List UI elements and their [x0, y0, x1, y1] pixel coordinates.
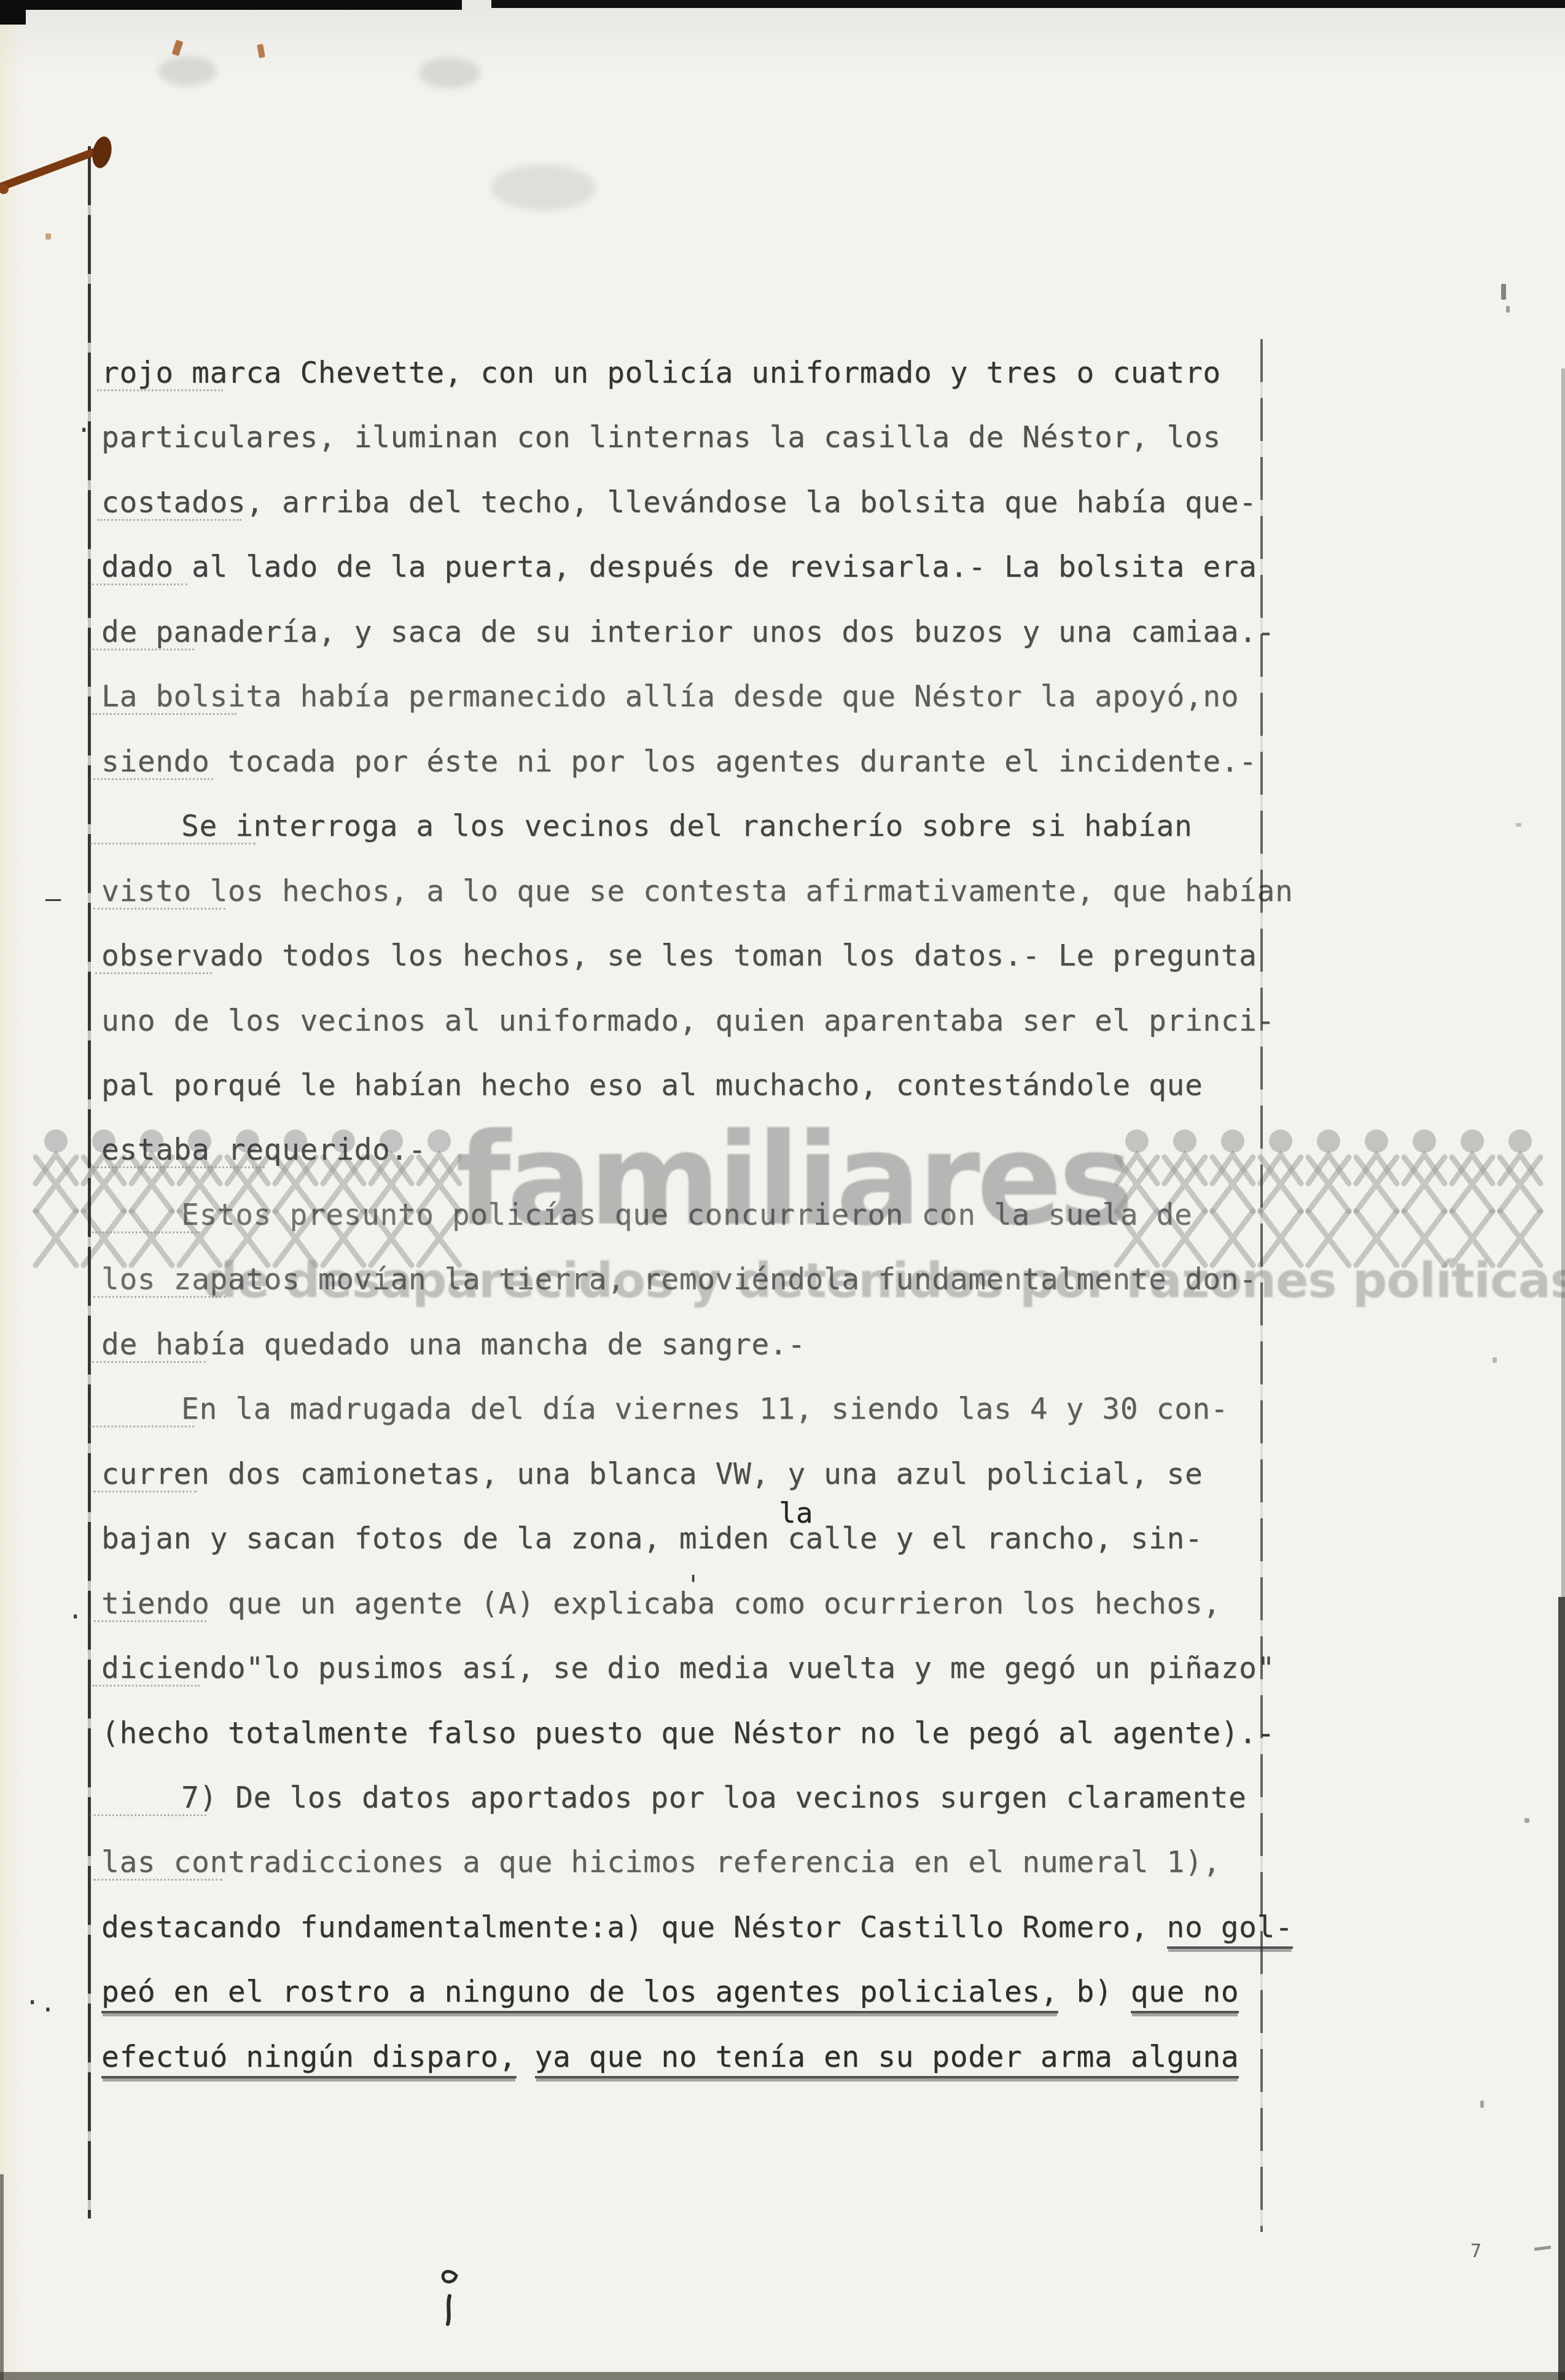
- typed-text: costados, arriba del techo, llevándose l…: [101, 485, 1257, 520]
- typed-line: particulares, iluminan con linternas la …: [101, 416, 1221, 459]
- rust-stain-icon: [0, 135, 135, 215]
- rust-speck: [172, 40, 184, 57]
- scan-speck: [1516, 823, 1521, 827]
- typed-text: tiendo que un agente (A) explicaba como …: [101, 1586, 1221, 1621]
- typed-text: bajan y sacan fotos de la zona, miden ca…: [101, 1521, 1203, 1556]
- typed-line: tiendo que un agente (A) explicaba como …: [101, 1582, 1221, 1625]
- scan-speck: [1501, 284, 1506, 300]
- typed-line: efectuó ningún disparo, ya que no tenía …: [101, 2035, 1239, 2078]
- typed-line: las contradicciones a que hicimos refere…: [101, 1841, 1221, 1884]
- typed-line: dado al lado de la puerta, después de re…: [101, 545, 1257, 588]
- scan-noise-underline: [90, 1426, 194, 1427]
- margin-mark: ·.: [25, 1988, 56, 2018]
- left-margin-line: [88, 146, 91, 2218]
- scan-edge-bottom: [0, 2372, 1565, 2380]
- typed-text: de había quedado una mancha de sangre.-: [101, 1327, 806, 1362]
- typed-text: [517, 2040, 534, 2074]
- typed-line: peó en el rostro a ninguno de los agente…: [101, 1970, 1239, 2013]
- underlined-text: ya que no tenía en su poder arma alguna: [535, 2040, 1239, 2078]
- typed-line: 7) De los datos aportados por loa vecino…: [181, 1776, 1247, 1819]
- typed-text: destacando fundamentalmente:a) que Nésto…: [101, 1910, 1167, 1945]
- underlined-text: efectuó ningún disparo,: [101, 2040, 517, 2078]
- typed-line: destacando fundamentalmente:a) que Nésto…: [101, 1906, 1293, 1949]
- scan-edge-left: [0, 2174, 4, 2380]
- margin-mark: —: [45, 883, 61, 913]
- margin-mark: ': [685, 1570, 701, 1600]
- scan-speck: [1506, 306, 1510, 313]
- underlined-text: que no: [1131, 1975, 1239, 2013]
- typed-line: uno de los vecinos al uniformado, quien …: [101, 999, 1275, 1042]
- pencil-smudge: [491, 165, 596, 211]
- typed-text: uno de los vecinos al uniformado, quien …: [101, 1004, 1275, 1038]
- scan-edge-top: [0, 0, 462, 10]
- typed-line: bajan y sacan fotos de la zona, miden ca…: [101, 1517, 1203, 1560]
- typed-line: curren dos camionetas, una blanca VW, y …: [101, 1453, 1203, 1496]
- typed-text: diciendo"lo pusimos así, se dio media vu…: [101, 1651, 1275, 1685]
- typed-text: rojo marca Chevette, con un policía unif…: [101, 356, 1221, 390]
- typed-line: diciendo"lo pusimos así, se dio media vu…: [101, 1647, 1275, 1690]
- typed-text: siendo tocada por éste ni por los agente…: [101, 744, 1257, 779]
- pen-squiggle-icon: [436, 2268, 468, 2329]
- typed-text: dado al lado de la puerta, después de re…: [101, 550, 1257, 584]
- typed-line: pal porqué le habían hecho eso al muchac…: [101, 1064, 1203, 1107]
- typed-text: En la madrugada del día viernes 11, sien…: [181, 1392, 1228, 1426]
- typed-text: estaba requerido.-: [101, 1133, 426, 1167]
- typed-line: siendo tocada por éste ni por los agente…: [101, 740, 1257, 783]
- typed-line: estaba requerido.-: [101, 1128, 426, 1171]
- typed-line: (hecho totalmente falso puesto que Nésto…: [101, 1712, 1275, 1755]
- typed-text: La bolsita había permanecido allía desde…: [101, 679, 1239, 714]
- corner-mark: 7: [1470, 2241, 1481, 2262]
- typed-text: observado todos los hechos, se les toman…: [101, 938, 1257, 973]
- scan-speck: [1493, 1357, 1497, 1363]
- margin-mark: ·: [76, 415, 92, 445]
- typed-text: (hecho totalmente falso puesto que Nésto…: [101, 1716, 1275, 1750]
- typed-text: de panadería, y saca de su interior unos…: [101, 615, 1275, 649]
- typed-text: los zapatos movían la tierra, removiéndo…: [101, 1262, 1257, 1297]
- typed-line: de había quedado una mancha de sangre.-: [101, 1323, 806, 1366]
- typed-line: Estos presunto policías que concurrieron…: [181, 1193, 1192, 1236]
- typed-line: rojo marca Chevette, con un policía unif…: [101, 351, 1221, 394]
- underlined-text: no gol-: [1167, 1910, 1294, 1949]
- scan-speck: [1480, 2101, 1484, 2108]
- rust-speck: [45, 233, 51, 240]
- pencil-smudge: [158, 57, 217, 86]
- typed-text: Se interroga a los vecinos del rancherío…: [181, 809, 1192, 843]
- typed-line: de panadería, y saca de su interior unos…: [101, 611, 1275, 654]
- underlined-text: peó en el rostro a ninguno de los agente…: [101, 1975, 1058, 2013]
- scan-edge-right: [1561, 369, 1565, 1597]
- typed-line: los zapatos movían la tierra, removiéndo…: [101, 1258, 1257, 1301]
- scan-speck: [1524, 1818, 1529, 1823]
- pencil-smudge: [419, 58, 480, 88]
- typed-line: visto los hechos, a lo que se contesta a…: [101, 870, 1293, 913]
- typed-text: b): [1058, 1975, 1131, 2009]
- typed-text: curren dos camionetas, una blanca VW, y …: [101, 1457, 1203, 1491]
- scan-edge-top: [491, 0, 1565, 8]
- typed-line: Se interroga a los vecinos del rancherío…: [181, 805, 1192, 848]
- typed-line: observado todos los hechos, se les toman…: [101, 934, 1257, 977]
- scan-edge-right: [1558, 1597, 1565, 2380]
- typed-text: Estos presunto policías que concurrieron…: [181, 1198, 1192, 1232]
- typed-text: particulares, iluminan con linternas la …: [101, 420, 1221, 455]
- typed-text: pal porqué le habían hecho eso al muchac…: [101, 1068, 1203, 1102]
- interline-insertion: la: [779, 1496, 813, 1529]
- typed-text: las contradicciones a que hicimos refere…: [101, 1845, 1221, 1879]
- rust-speck: [257, 44, 265, 58]
- margin-mark: .: [68, 1594, 83, 1625]
- typed-line: En la madrugada del día viernes 11, sien…: [181, 1387, 1228, 1430]
- corner-dash: [1534, 2245, 1551, 2250]
- typed-line: La bolsita había permanecido allía desde…: [101, 675, 1239, 718]
- typed-line: costados, arriba del techo, llevándose l…: [101, 481, 1257, 524]
- typed-text: visto los hechos, a lo que se contesta a…: [101, 874, 1293, 908]
- typed-text: 7) De los datos aportados por loa vecino…: [181, 1781, 1247, 1815]
- scanned-document-page: familiares de desaparecidos y detenidos …: [0, 0, 1565, 2380]
- scan-edge-corner: [0, 0, 26, 25]
